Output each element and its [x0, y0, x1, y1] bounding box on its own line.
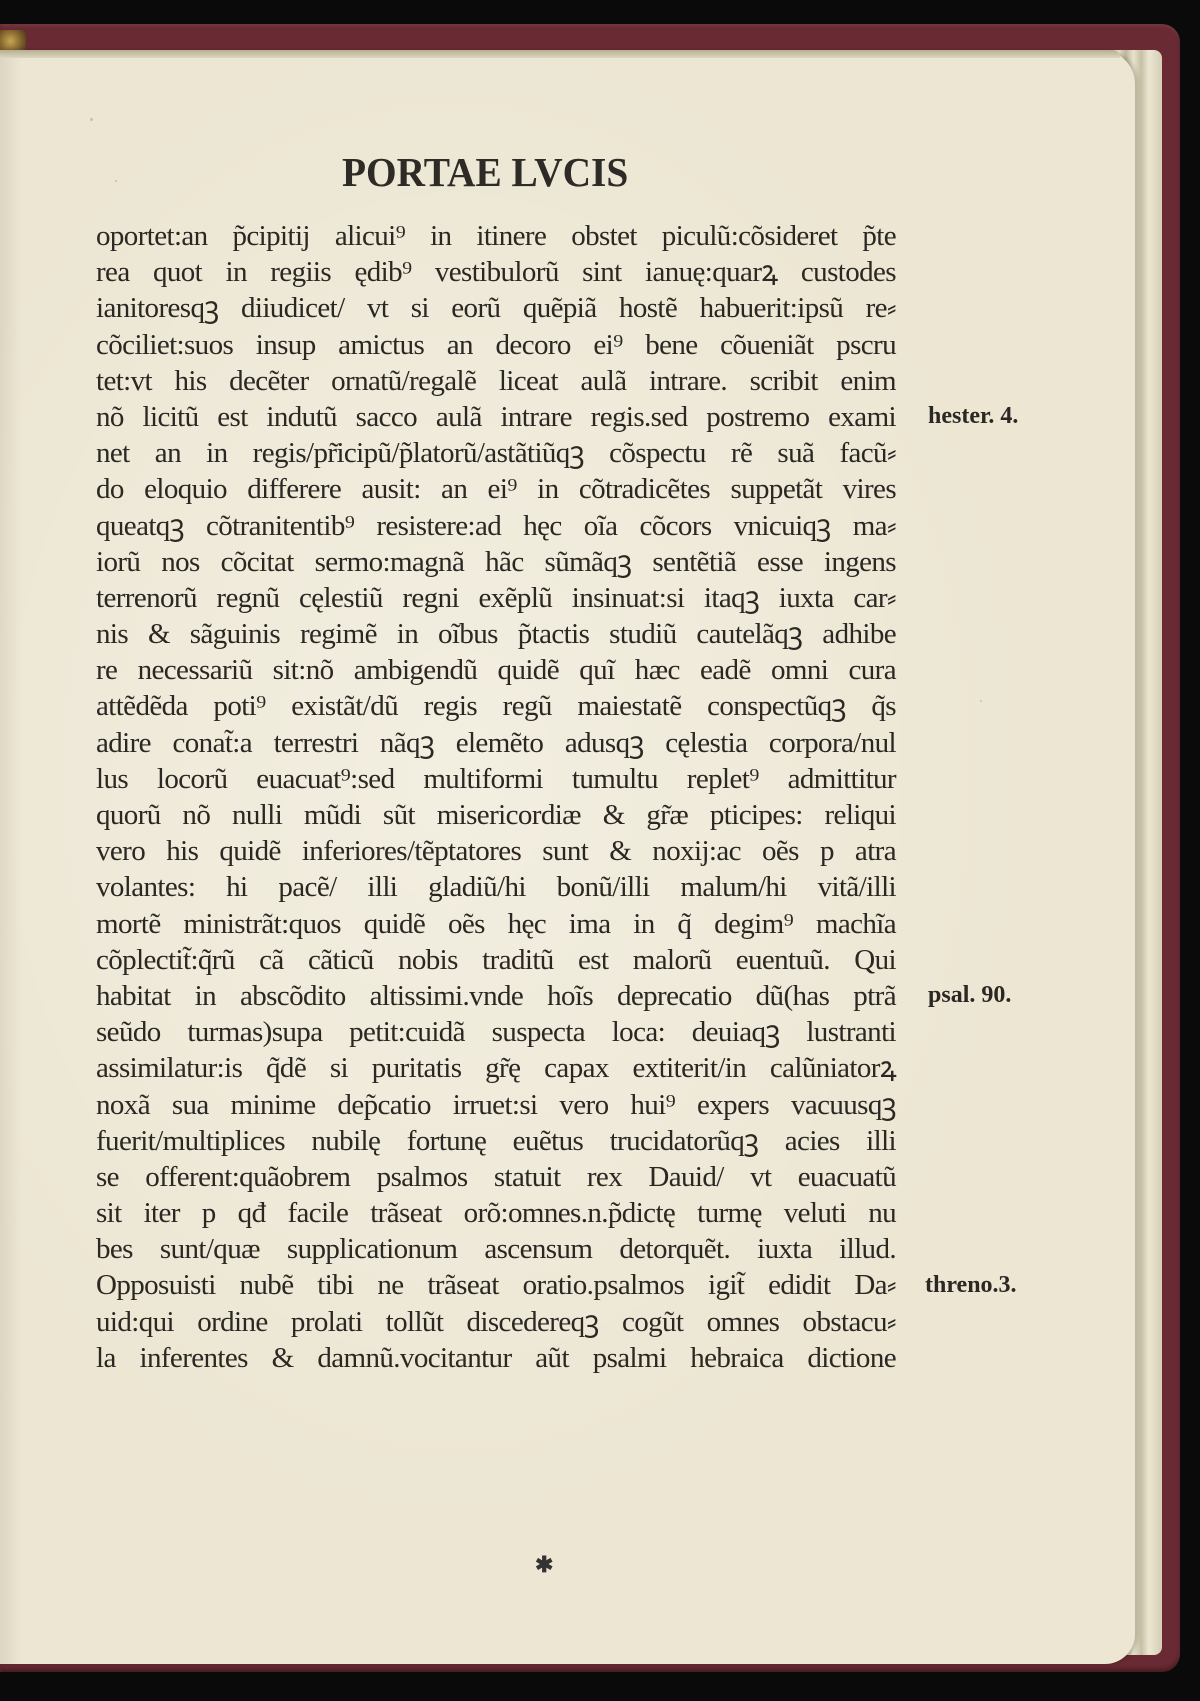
running-head: PORTAE LVCIS — [342, 148, 668, 196]
text-line: assimilatur:is q̃dẽ si puritatis gr̃ę ca… — [96, 1050, 896, 1086]
text-line: nis & sãguinis regimẽ in oĩbus p̃tactis … — [96, 616, 896, 652]
text-line: terrenorũ regnũ cęlestiũ regni exẽplũ in… — [96, 580, 896, 616]
text-line: se offerent:quãobrem psalmos statuit rex… — [96, 1159, 896, 1195]
text-line: cõplectit̃:q̃rũ cã cãticũ nobis traditũ … — [96, 942, 896, 978]
signature-mark: ✱ — [535, 1552, 553, 1578]
text-line: seũdo turmas)supa petit:cuidã suspecta l… — [96, 1014, 896, 1050]
text-line: volantes: hi pacẽ/ illi gladiũ/hi bonũ/i… — [96, 869, 896, 905]
text-line: la inferentes & damnũ.vocitantur aũt psa… — [96, 1340, 896, 1376]
text-line: quorũ nõ nulli mũdi sũt misericordiæ & g… — [96, 797, 896, 833]
text-line: noxã sua minime dep̃catio irruet:si vero… — [96, 1087, 896, 1123]
text-line: lus locorũ euacuat⁹:sed multiformi tumul… — [96, 761, 896, 797]
text-line: rea quot in regiis ędib⁹ vestibulorũ sin… — [96, 254, 896, 290]
text-line: mortẽ ministrãt:quos quidẽ oẽs hęc ima i… — [96, 906, 896, 942]
text-line: oportet:an p̃cipitij alicui⁹ in itinere … — [96, 218, 896, 254]
text-line: tet:vt his decẽter ornatũ/regalẽ liceat … — [96, 363, 896, 399]
text-line: adire conat̃:a terrestri nãqꝫ elemẽto ad… — [96, 725, 896, 761]
text-line: Opposuisti nubẽ tibi ne trãseat oratio.p… — [96, 1267, 896, 1303]
text-line: vero his quidẽ inferiores/tẽptatores sun… — [96, 833, 896, 869]
paper-speck — [115, 180, 117, 182]
text-line: ianitoresqꝫ diiudicet/ vt si eorũ quẽpiã… — [96, 290, 896, 326]
text-line: queatqꝫ cõtranitentib⁹ resistere:ad hęc … — [96, 508, 896, 544]
text-line: net an in regis/pr̃icipũ/p̃latorũ/astãti… — [96, 435, 896, 471]
text-line: fuerit/multiplices nubilę fortunę euẽtus… — [96, 1123, 896, 1159]
text-line: bes sunt/quæ supplicationum ascensum det… — [96, 1231, 896, 1267]
text-line: uid:qui ordine prolati tollũt discedereq… — [96, 1304, 896, 1340]
margin-note: hester. 4. — [928, 403, 1018, 430]
text-line: sit iter p qđ facile trãseat orõ:omnes.n… — [96, 1195, 896, 1231]
body-text-block: oportet:an p̃cipitij alicui⁹ in itinere … — [96, 218, 896, 1376]
text-line: habitat in abscõdito altissimi.vnde hoĩs… — [96, 978, 896, 1014]
margin-note: psal. 90. — [928, 982, 1011, 1009]
paper-speck — [90, 118, 93, 121]
text-line: cõciliet:suos insup amictus an decoro ei… — [96, 327, 896, 363]
text-line: do eloquio differere ausit: an ei⁹ in cõ… — [96, 471, 896, 507]
margin-note: threno.3. — [925, 1272, 1017, 1299]
text-line: attẽdẽda poti⁹ existãt/dũ regis regũ mai… — [96, 688, 896, 724]
text-line: iorũ nos cõcitat sermo:magnã hãc sũmãqꝫ … — [96, 544, 896, 580]
text-line: re necessariũ sit:nõ ambigendũ quidẽ quĩ… — [96, 652, 896, 688]
text-line: nõ licitũ est indutũ sacco aulã intrare … — [96, 399, 896, 435]
page-top-edge — [0, 50, 1120, 58]
paper-speck — [980, 700, 982, 702]
gilt-ornament — [0, 30, 26, 52]
